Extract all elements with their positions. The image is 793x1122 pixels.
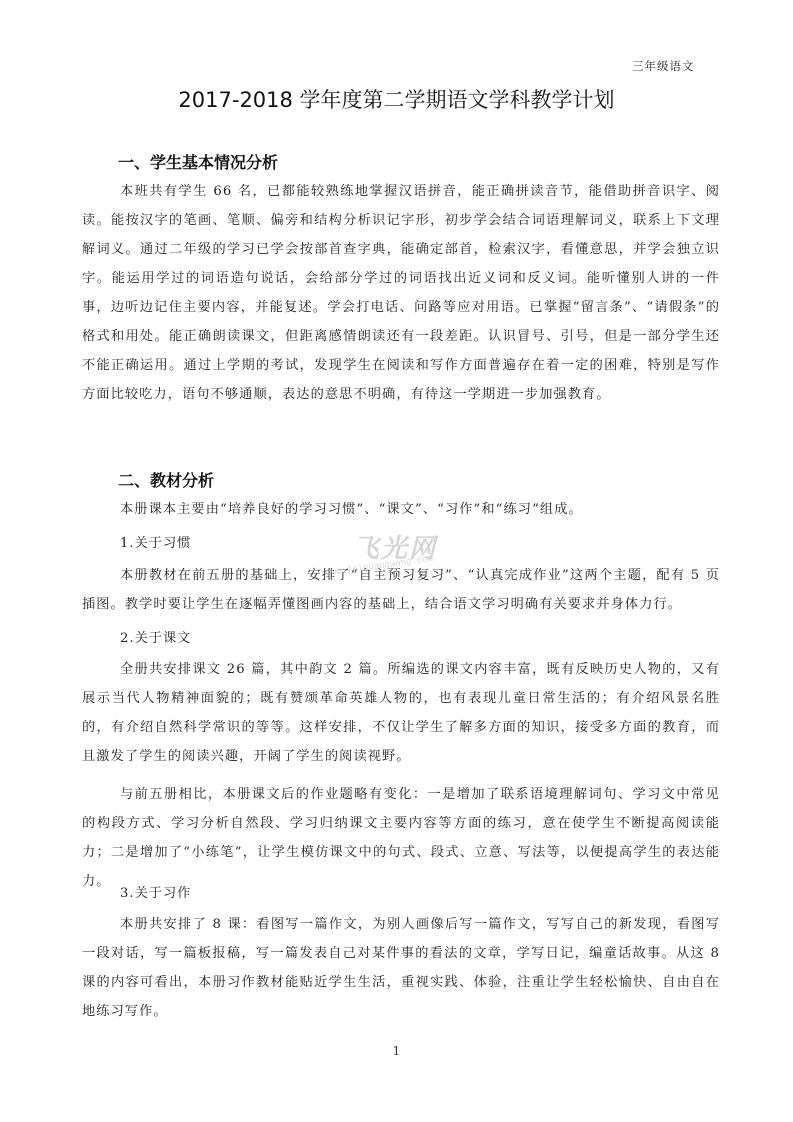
page-number: 1: [0, 1044, 793, 1058]
paragraph-habits: 本册教材在前五册的基础上，安排了“自主预习复习”、“认真完成作业”这两个主题，配…: [82, 561, 720, 619]
document-title: 2017-2018 学年度第二学期语文学科教学计划: [0, 84, 793, 114]
watermark-logo: 飞光网: [353, 528, 437, 565]
section-heading-textbook-analysis: 二、教材分析: [118, 468, 214, 491]
paragraph-student-analysis: 本班共有学生 66 名，已都能较熟练地掌握汉语拼音，能正确拼读音节，能借助拼音识…: [82, 177, 720, 409]
section-heading-student-analysis: 一、学生基本情况分析: [118, 150, 278, 173]
paragraph-texts-2: 与前五册相比，本册课文后的作业题略有变化：一是增加了联系语境理解词句、学习文中常…: [82, 780, 720, 896]
paragraph-writing: 本册共安排了 8 课：看图写一篇作文，为别人画像后写一篇作文，写写自己的新发现，…: [82, 910, 720, 1026]
paragraph-textbook-intro: 本册课本主要由“培养良好的学习习惯”、“课文”、“习作”和“练习”组成。: [120, 495, 720, 524]
grade-subject-label: 三年级语文: [632, 58, 695, 74]
subheading-habits: 1.关于习惯: [120, 532, 191, 551]
subheading-writing: 3.关于习作: [120, 882, 191, 901]
paragraph-texts-1: 全册共安排课文 26 篇，其中韵文 2 篇。所编选的课文内容丰富，既有反映历史人…: [82, 655, 720, 771]
subheading-texts: 2.关于课文: [120, 627, 191, 646]
